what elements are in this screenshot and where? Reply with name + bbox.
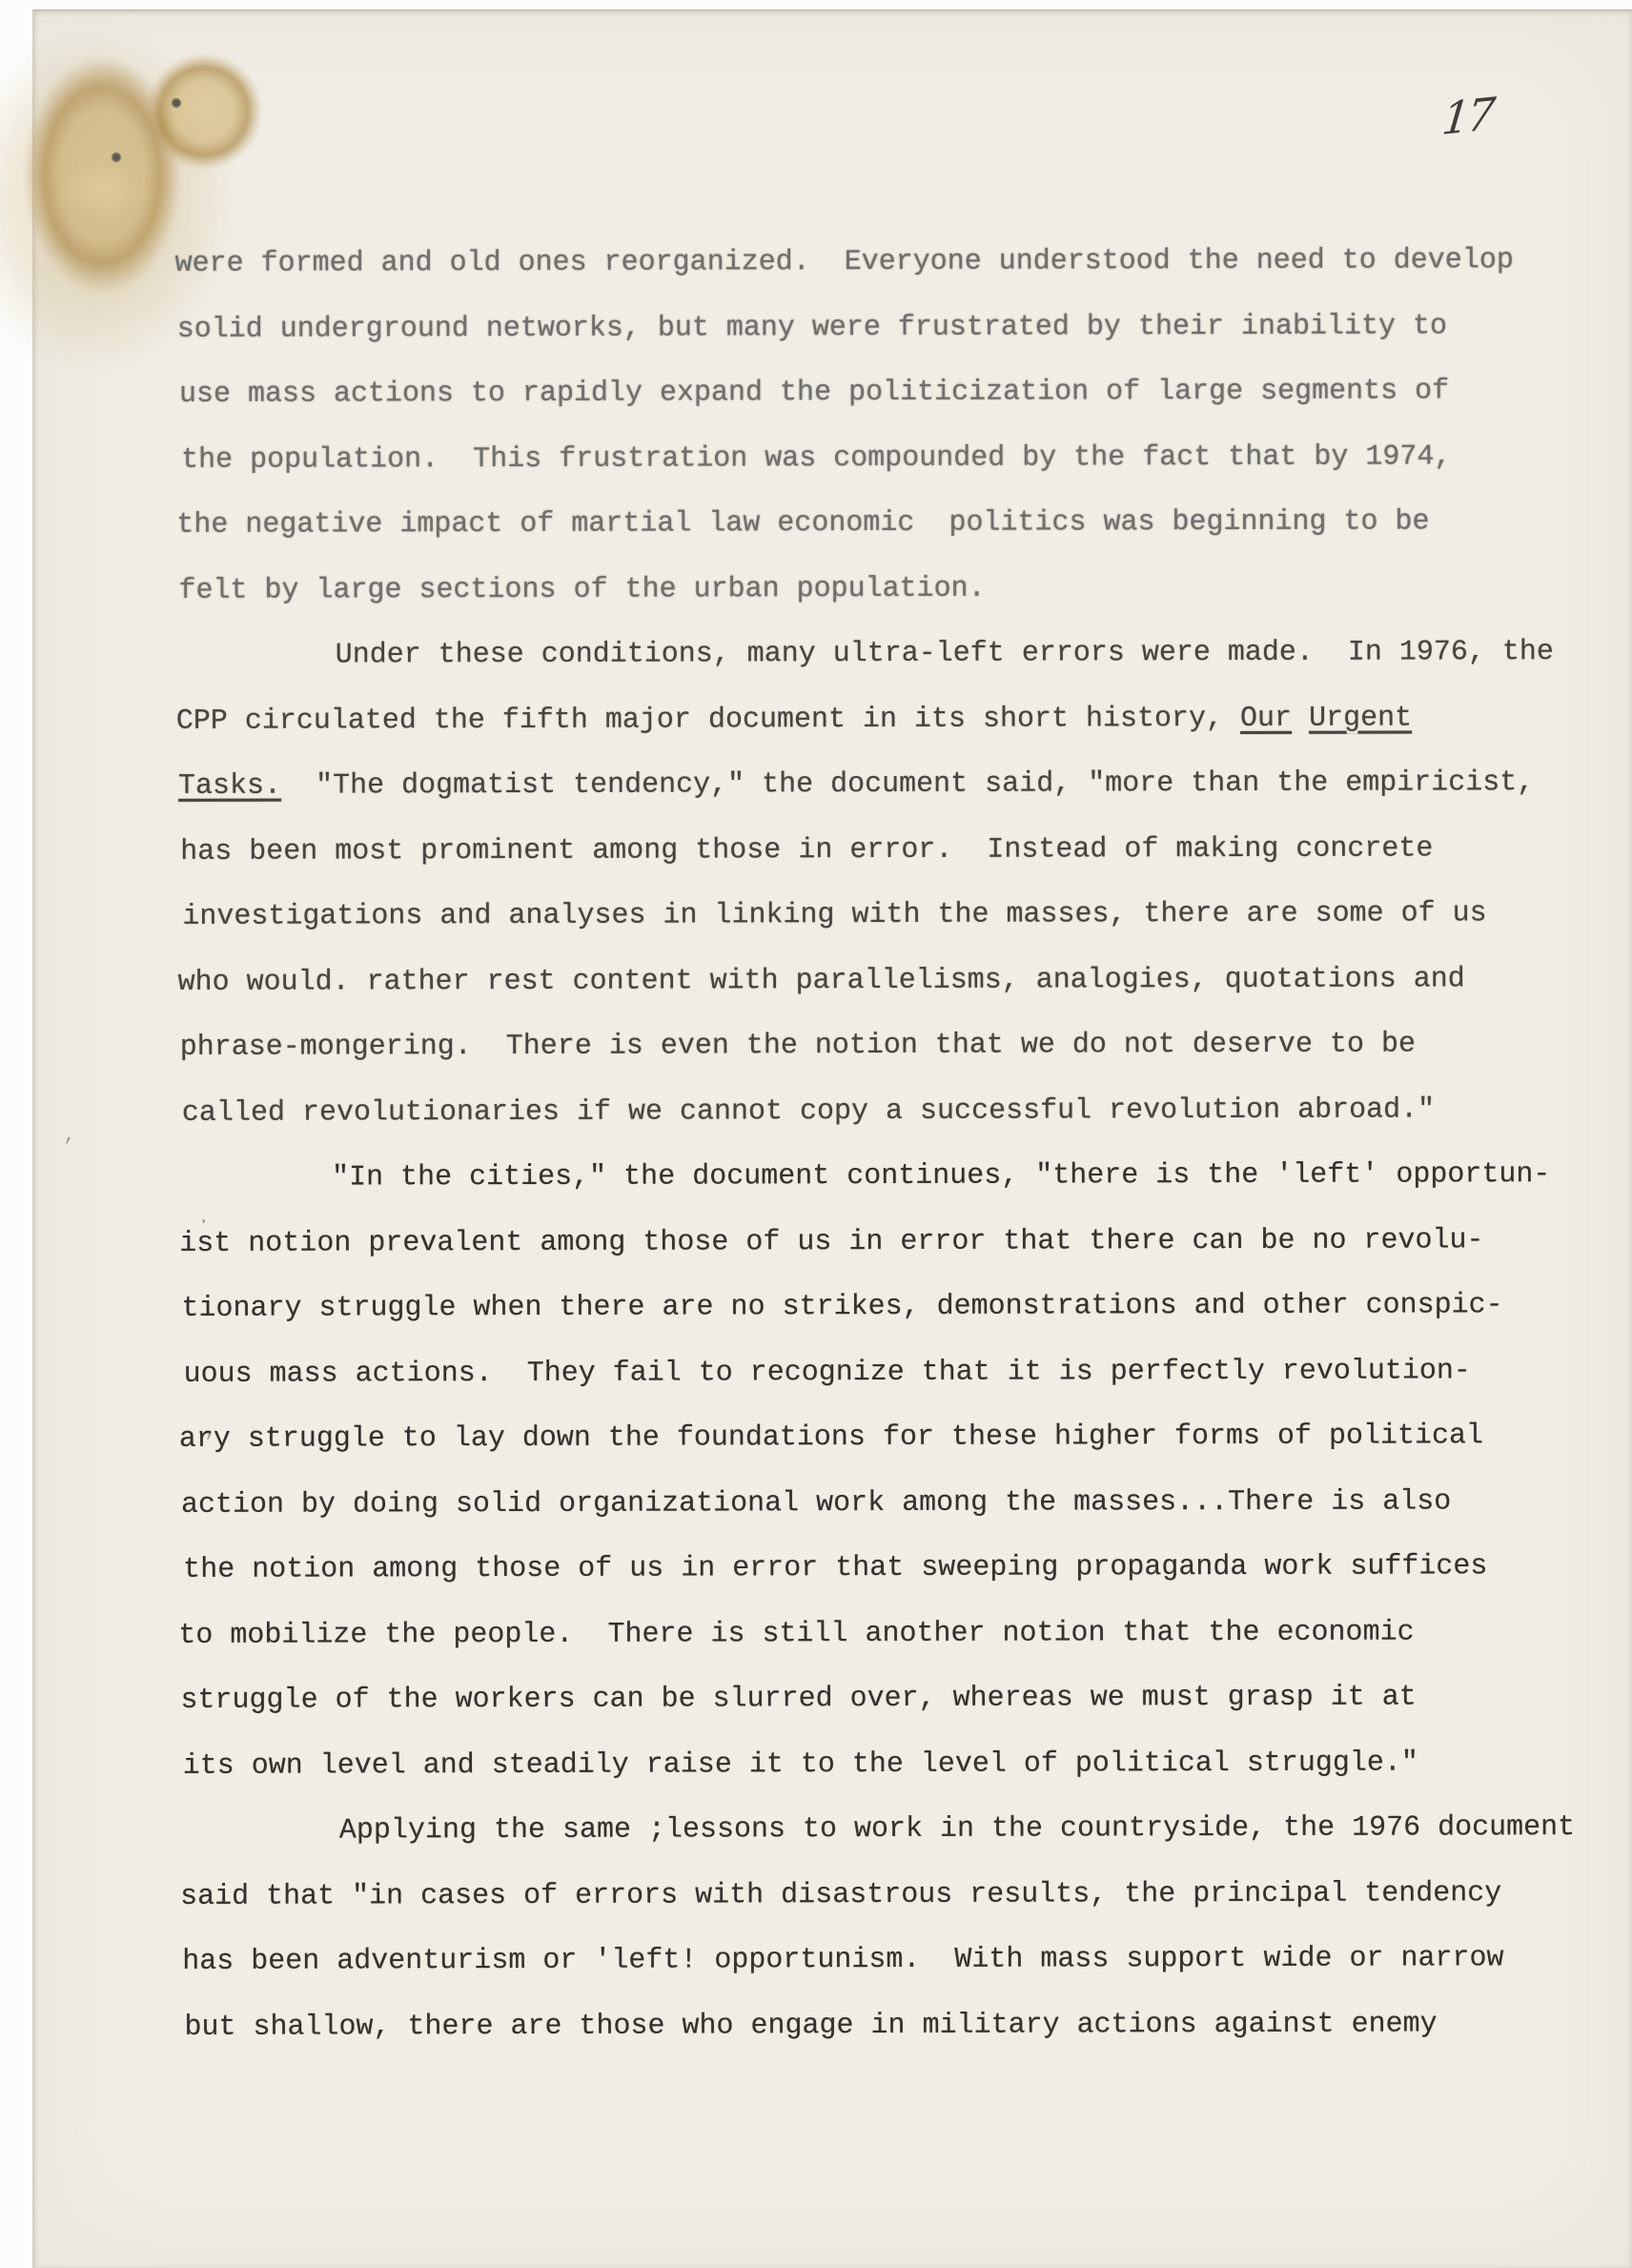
text-segment: "In the cities," the document continues,… xyxy=(177,1158,1550,1195)
text-line: who would. rather rest content with para… xyxy=(177,947,1571,1015)
text-segment: phrase-mongering. There is even the noti… xyxy=(180,1029,1416,1064)
text-line: but shallow, there are those who engage … xyxy=(184,1992,1574,2060)
text-segment: has been most prominent among those in e… xyxy=(180,832,1433,868)
text-line: has been most prominent among those in e… xyxy=(180,816,1571,885)
stain-blob-large xyxy=(24,56,181,295)
underlined-text: Our xyxy=(1240,702,1292,734)
text-segment: to mobilize the people. There is still a… xyxy=(178,1616,1414,1651)
document-page: 17 were formed and old ones reorganized.… xyxy=(32,10,1632,2268)
text-segment: investigations and analyses in linking w… xyxy=(182,897,1486,933)
text-line: "In the cities," the document continues,… xyxy=(177,1142,1572,1211)
text-segment: were formed and old ones reorganized. Ev… xyxy=(175,244,1514,280)
typewritten-text: were formed and old ones reorganized. Ev… xyxy=(177,228,1574,2060)
text-line: the negative impact of martial law econo… xyxy=(176,489,1570,558)
text-segment: the population. This frustration was com… xyxy=(181,440,1451,476)
text-line: tionary struggle when there are no strik… xyxy=(181,1273,1572,1341)
stray-mark: ’ xyxy=(62,1135,74,1159)
stain-dot xyxy=(172,98,181,108)
text-line: said that "in cases of errors with disas… xyxy=(180,1861,1574,1930)
text-line: called revolutionaries if we cannot copy… xyxy=(182,1077,1572,1146)
text-line: CPP circulated the fifth major document … xyxy=(176,685,1571,754)
text-line: Under these conditions, many ultra-left … xyxy=(181,620,1571,688)
text-segment: called revolutionaries if we cannot copy… xyxy=(182,1093,1435,1129)
stain-highlight xyxy=(51,158,155,225)
underlined-text: Urgent xyxy=(1309,702,1412,734)
text-segment: said that "in cases of errors with disas… xyxy=(180,1877,1501,1913)
page-number: 17 xyxy=(1439,88,1495,145)
text-line: phrase-mongering. There is even the noti… xyxy=(180,1011,1572,1080)
text-segment: "The dogmatist tendency," the document s… xyxy=(281,766,1534,802)
stray-mark: ’ xyxy=(203,1431,215,1455)
text-line: struggle of the workers can be slurred o… xyxy=(180,1665,1573,1733)
text-line: to mobilize the people. There is still a… xyxy=(178,1600,1573,1668)
text-segment: the notion among those of us in error th… xyxy=(183,1550,1487,1586)
scanned-document: { "page": { "page_number": "17", "lines"… xyxy=(0,0,1632,2268)
text-line: use mass actions to rapidly expand the p… xyxy=(179,358,1570,427)
text-segment: tionary struggle when there are no strik… xyxy=(181,1289,1502,1325)
text-segment: its own level and steadily raise it to t… xyxy=(183,1747,1418,1782)
text-line: felt by large sections of the urban popu… xyxy=(178,555,1570,623)
text-line: ary struggle to lay down the foundations… xyxy=(179,1403,1573,1472)
text-line: uous mass actions. They fail to recogniz… xyxy=(184,1338,1573,1407)
text-segment: the negative impact of martial law econo… xyxy=(176,505,1429,541)
text-segment: but shallow, there are those who engage … xyxy=(184,2008,1437,2043)
text-line: its own level and steadily raise it to t… xyxy=(183,1730,1574,1799)
text-segment: CPP circulated the fifth major document … xyxy=(176,702,1240,737)
text-segment: ist notion prevalent among those of us i… xyxy=(179,1224,1483,1260)
text-segment: Applying the same ;lessons to work in th… xyxy=(185,1811,1575,1848)
text-line: action by doing solid organizational wor… xyxy=(181,1469,1573,1538)
underlined-text: Tasks. xyxy=(178,770,281,803)
text-line: Tasks. "The dogmatist tendency," the doc… xyxy=(178,750,1571,819)
text-line: Applying the same ;lessons to work in th… xyxy=(185,1795,1574,1864)
text-segment: Under these conditions, many ultra-left … xyxy=(181,636,1554,672)
text-segment: ary struggle to lay down the foundations… xyxy=(179,1420,1483,1456)
text-segment: has been adventurism or 'left! opportuni… xyxy=(182,1942,1503,1978)
stain-blob-small xyxy=(146,53,262,170)
stray-mark: · xyxy=(197,1210,210,1234)
text-line: ist notion prevalent among those of us i… xyxy=(179,1208,1572,1277)
text-line: the notion among those of us in error th… xyxy=(183,1534,1573,1603)
text-line: the population. This frustration was com… xyxy=(181,424,1570,493)
text-segment: solid underground networks, but many wer… xyxy=(177,310,1447,345)
text-segment: felt by large sections of the urban popu… xyxy=(178,572,985,606)
text-segment: use mass actions to rapidly expand the p… xyxy=(179,375,1449,410)
text-line: solid underground networks, but many wer… xyxy=(177,294,1570,362)
text-segment: action by doing solid organizational wor… xyxy=(181,1485,1451,1521)
text-line: has been adventurism or 'left! opportuni… xyxy=(182,1926,1574,1994)
text-segment xyxy=(1292,702,1309,734)
text-segment: struggle of the workers can be slurred o… xyxy=(180,1682,1416,1717)
text-segment: who would. rather rest content with para… xyxy=(178,963,1465,999)
text-segment: uous mass actions. They fail to recogniz… xyxy=(184,1355,1471,1391)
text-line: were formed and old ones reorganized. Ev… xyxy=(174,228,1569,296)
stain-dot xyxy=(112,153,121,162)
text-line: investigations and analyses in linking w… xyxy=(182,881,1571,950)
